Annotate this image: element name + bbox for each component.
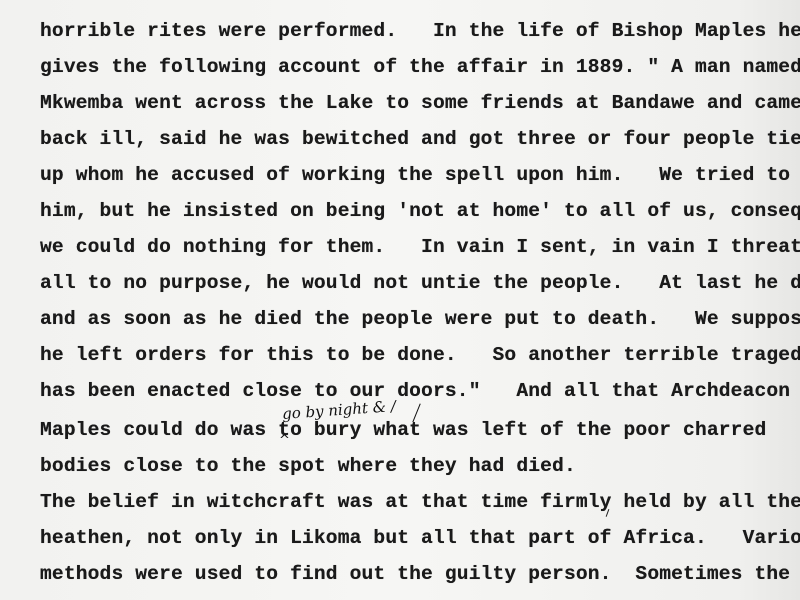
- text-line-13: bodies close to the spot where they had …: [40, 457, 576, 477]
- text-line-5: up whom he accused of working the spell …: [40, 166, 800, 186]
- text-line-6: him, but he insisted on being 'not at ho…: [40, 202, 800, 222]
- text-line-7: we could do nothing for them. In vain I …: [40, 238, 800, 258]
- text-line-9: and as soon as he died the people were p…: [40, 310, 800, 330]
- insertion-caret-icon: ^: [279, 433, 290, 448]
- text-line-8: all to no purpose, he would not untie th…: [40, 274, 800, 294]
- text-line-11: has been enacted close to our doors." An…: [40, 382, 790, 402]
- document-page: horrible rites were performed. In the li…: [0, 0, 800, 600]
- text-line-2: gives the following account of the affai…: [40, 58, 800, 78]
- text-line-16: methods were used to find out the guilty…: [40, 565, 790, 585]
- text-line-10: he left orders for this to be done. So a…: [40, 346, 800, 366]
- text-line-4: back ill, said he was bewitched and got …: [40, 130, 800, 150]
- text-line-14: The belief in witchcraft was at that tim…: [40, 493, 800, 513]
- text-line-3: Mkwemba went across the Lake to some fri…: [40, 94, 800, 114]
- text-line-1: horrible rites were performed. In the li…: [40, 22, 800, 42]
- text-line-12: Maples could do was to bury what was lef…: [40, 421, 766, 441]
- text-line-15: heathen, not only in Likoma but all that…: [40, 529, 800, 549]
